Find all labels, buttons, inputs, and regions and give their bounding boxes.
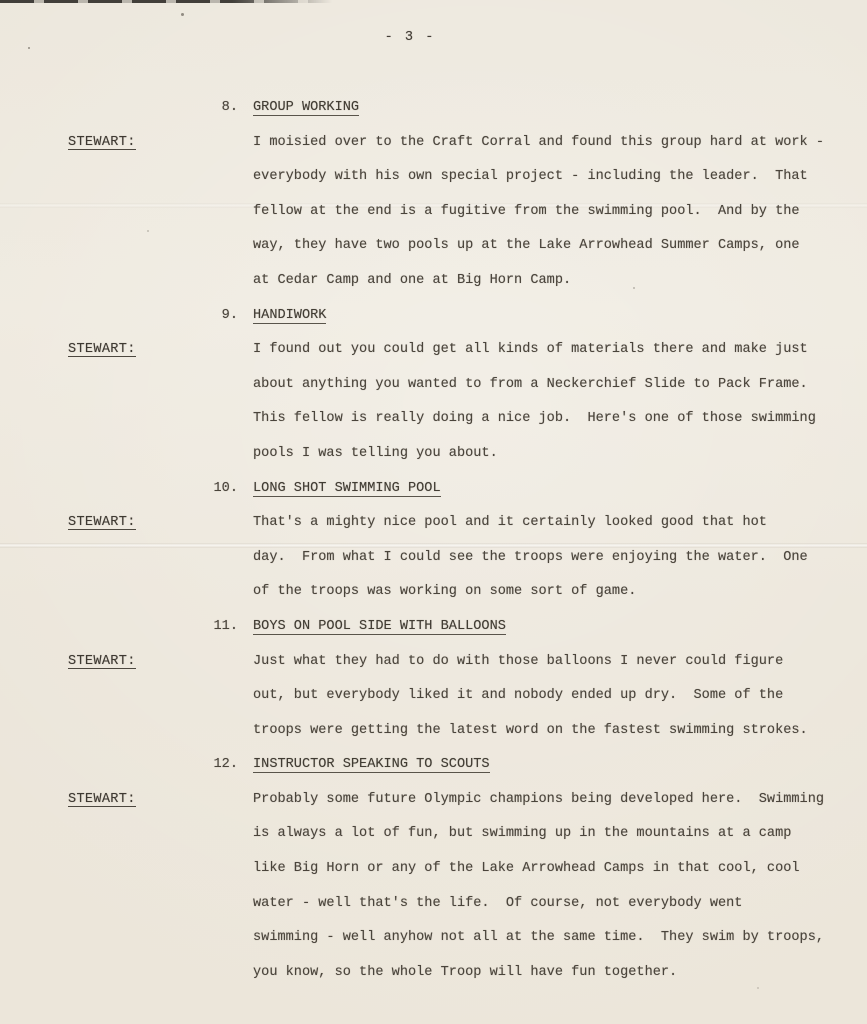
scan-edge-artifact [0,0,332,3]
dialog-text: That's a mighty nice pool and it certain… [253,506,867,610]
speaker-label: STEWART: [68,506,136,530]
page-number: - 3 - [0,30,820,45]
paper-speck [181,13,184,16]
script-section-9: 9. HANDIWORK STEWART: I found out you co… [0,299,867,472]
script-section-11: 11. BOYS ON POOL SIDE WITH BALLOONS STEW… [0,610,867,748]
dialog-block: STEWART: I moisied over to the Craft Cor… [0,126,867,299]
script-section-8: 8. GROUP WORKING STEWART: I moisied over… [0,91,867,299]
section-number: 8. [200,91,238,126]
section-title: LONG SHOT SWIMMING POOL [253,472,441,497]
dialog-block: STEWART: That's a mighty nice pool and i… [0,506,867,610]
section-title: GROUP WORKING [253,91,359,116]
speaker-label: STEWART: [68,126,136,150]
section-heading: 8. GROUP WORKING [0,91,867,126]
script-content: 8. GROUP WORKING STEWART: I moisied over… [0,91,867,990]
section-title: INSTRUCTOR SPEAKING TO SCOUTS [253,748,490,773]
section-number: 10. [200,472,238,507]
section-heading: 10. LONG SHOT SWIMMING POOL [0,472,867,507]
paper-speck [28,47,30,49]
section-heading: 12. INSTRUCTOR SPEAKING TO SCOUTS [0,748,867,783]
dialog-text: I moisied over to the Craft Corral and f… [253,126,867,299]
dialog-text: Probably some future Olympic champions b… [253,783,867,991]
document-page: - 3 - 8. GROUP WORKING STEWART: I moisie… [0,0,867,1024]
script-section-12: 12. INSTRUCTOR SPEAKING TO SCOUTS STEWAR… [0,748,867,990]
section-heading: 9. HANDIWORK [0,299,867,334]
dialog-block: STEWART: Just what they had to do with t… [0,645,867,749]
speaker-label: STEWART: [68,333,136,357]
speaker-label: STEWART: [68,645,136,669]
section-number: 11. [200,610,238,645]
speaker-label: STEWART: [68,783,136,807]
dialog-text: I found out you could get all kinds of m… [253,333,867,471]
dialog-block: STEWART: I found out you could get all k… [0,333,867,471]
section-heading: 11. BOYS ON POOL SIDE WITH BALLOONS [0,610,867,645]
section-number: 9. [200,299,238,334]
section-number: 12. [200,748,238,783]
dialog-text: Just what they had to do with those ball… [253,645,867,749]
section-title: BOYS ON POOL SIDE WITH BALLOONS [253,610,506,635]
script-section-10: 10. LONG SHOT SWIMMING POOL STEWART: Tha… [0,472,867,610]
dialog-block: STEWART: Probably some future Olympic ch… [0,783,867,991]
section-title: HANDIWORK [253,299,326,324]
